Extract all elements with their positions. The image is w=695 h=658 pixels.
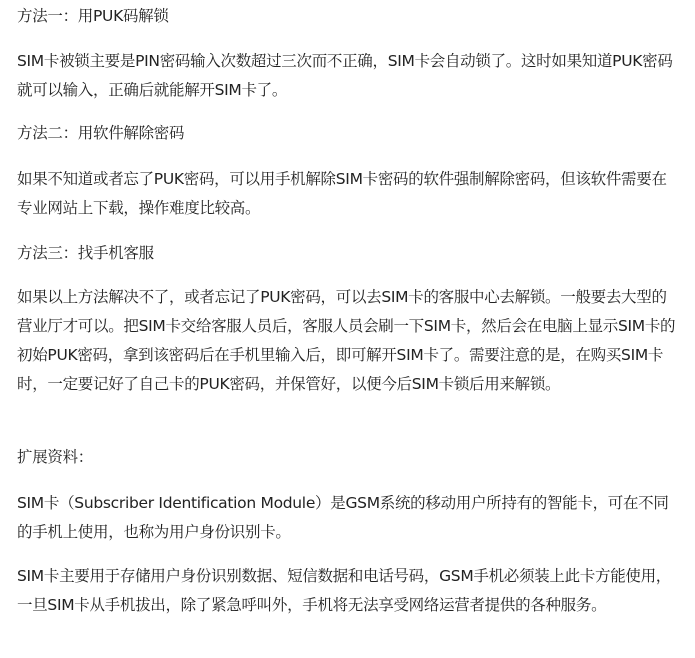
sim-definition-paragraph: SIM卡（Subscriber Identification Module）是G… [17, 489, 677, 547]
method-1-heading: 方法一：用PUK码解锁 [17, 2, 169, 31]
sim-usage-paragraph: SIM卡主要用于存储用户身份识别数据、短信数据和电话号码，GSM手机必须装上此卡… [17, 562, 677, 620]
extended-info-heading: 扩展资料： [17, 443, 93, 472]
method-3-paragraph: 如果以上方法解决不了，或者忘记了PUK密码，可以去SIM卡的客服中心去解锁。一般… [17, 283, 677, 399]
method-2-heading: 方法二：用软件解除密码 [17, 119, 184, 148]
method-2-paragraph: 如果不知道或者忘了PUK密码，可以用手机解除SIM卡密码的软件强制解除密码，但该… [17, 165, 677, 223]
method-1-paragraph: SIM卡被锁主要是PIN密码输入次数超过三次而不正确，SIM卡会自动锁了。这时如… [17, 47, 677, 105]
method-3-heading: 方法三：找手机客服 [17, 239, 154, 268]
